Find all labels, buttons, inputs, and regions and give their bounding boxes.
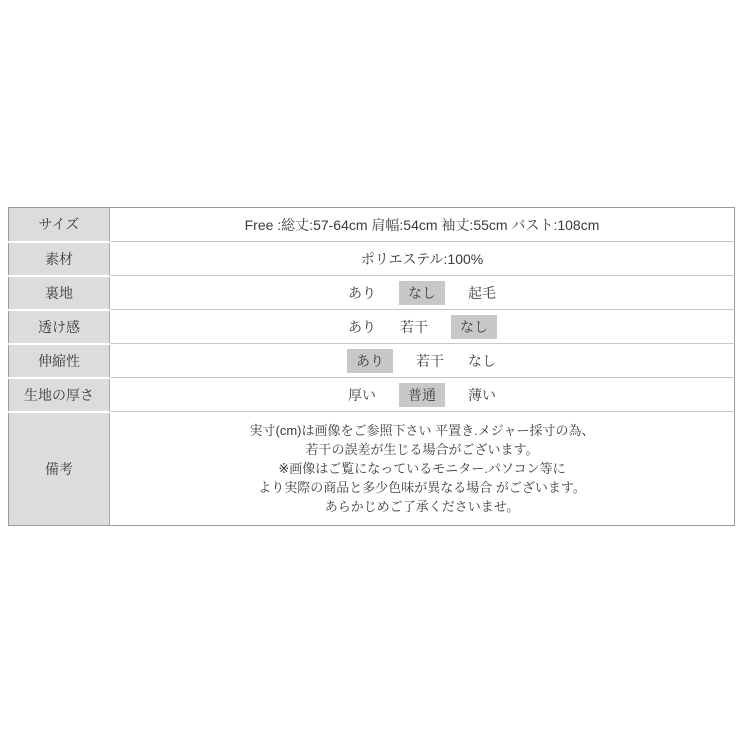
stretch-option: あり <box>347 349 393 373</box>
product-spec-table: サイズ Free :総丈:57-64cm 肩幅:54cm 袖丈:55cm バスト… <box>8 207 735 526</box>
notes-line: 実寸(cm)は画像をご参照下さい 平置き.メジャー採寸の為、 <box>110 421 734 440</box>
row-header-thickness: 生地の厚さ <box>9 378 110 412</box>
row-header-stretch: 伸縮性 <box>9 344 110 378</box>
lining-option: 起毛 <box>467 281 497 305</box>
product-spec-page: サイズ Free :総丈:57-64cm 肩幅:54cm 袖丈:55cm バスト… <box>0 0 740 740</box>
sheerness-options: あり 若干 なし <box>110 315 734 339</box>
table-row-notes: 備考 実寸(cm)は画像をご参照下さい 平置き.メジャー採寸の為、 若干の誤差が… <box>9 412 735 526</box>
table-row-stretch: 伸縮性 あり 若干 なし <box>9 344 735 378</box>
sheerness-options-cell: あり 若干 なし <box>110 310 735 344</box>
size-value: Free :総丈:57-64cm 肩幅:54cm 袖丈:55cm バスト:108… <box>245 217 600 233</box>
lining-options: あり なし 起毛 <box>110 281 734 305</box>
sheerness-option: 若干 <box>399 315 429 339</box>
lining-options-cell: あり なし 起毛 <box>110 276 735 310</box>
stretch-options-cell: あり 若干 なし <box>110 344 735 378</box>
material-value-cell: ポリエステル:100% <box>110 242 735 276</box>
sheerness-option: あり <box>347 315 377 339</box>
thickness-option: 普通 <box>399 383 445 407</box>
notes-cell: 実寸(cm)は画像をご参照下さい 平置き.メジャー採寸の為、 若干の誤差が生じる… <box>110 412 735 526</box>
row-header-material: 素材 <box>9 242 110 276</box>
lining-option: なし <box>399 281 445 305</box>
table-row-thickness: 生地の厚さ 厚い 普通 薄い <box>9 378 735 412</box>
thickness-option: 厚い <box>347 383 377 407</box>
size-value-cell: Free :総丈:57-64cm 肩幅:54cm 袖丈:55cm バスト:108… <box>110 208 735 242</box>
stretch-option: なし <box>467 349 497 373</box>
notes-line: 若干の誤差が生じる場合がございます。 <box>110 440 734 459</box>
stretch-option: 若干 <box>415 349 445 373</box>
thickness-options-cell: 厚い 普通 薄い <box>110 378 735 412</box>
material-value: ポリエステル:100% <box>361 251 483 267</box>
table-row-size: サイズ Free :総丈:57-64cm 肩幅:54cm 袖丈:55cm バスト… <box>9 208 735 242</box>
stretch-options: あり 若干 なし <box>110 349 734 373</box>
sheerness-option: なし <box>451 315 497 339</box>
thickness-options: 厚い 普通 薄い <box>110 383 734 407</box>
thickness-option: 薄い <box>467 383 497 407</box>
notes-line: あらかじめご了承くださいませ。 <box>110 497 734 516</box>
notes-line: ※画像はご覧になっているモニター.パソコン等に <box>110 459 734 478</box>
table-row-lining: 裏地 あり なし 起毛 <box>9 276 735 310</box>
table-row-sheerness: 透け感 あり 若干 なし <box>9 310 735 344</box>
row-header-lining: 裏地 <box>9 276 110 310</box>
notes-line: より実際の商品と多少色味が異なる場合 がございます。 <box>110 478 734 497</box>
notes-text: 実寸(cm)は画像をご参照下さい 平置き.メジャー採寸の為、 若干の誤差が生じる… <box>110 421 734 516</box>
row-header-notes: 備考 <box>9 412 110 526</box>
lining-option: あり <box>347 281 377 305</box>
row-header-sheerness: 透け感 <box>9 310 110 344</box>
row-header-size: サイズ <box>9 208 110 242</box>
table-row-material: 素材 ポリエステル:100% <box>9 242 735 276</box>
